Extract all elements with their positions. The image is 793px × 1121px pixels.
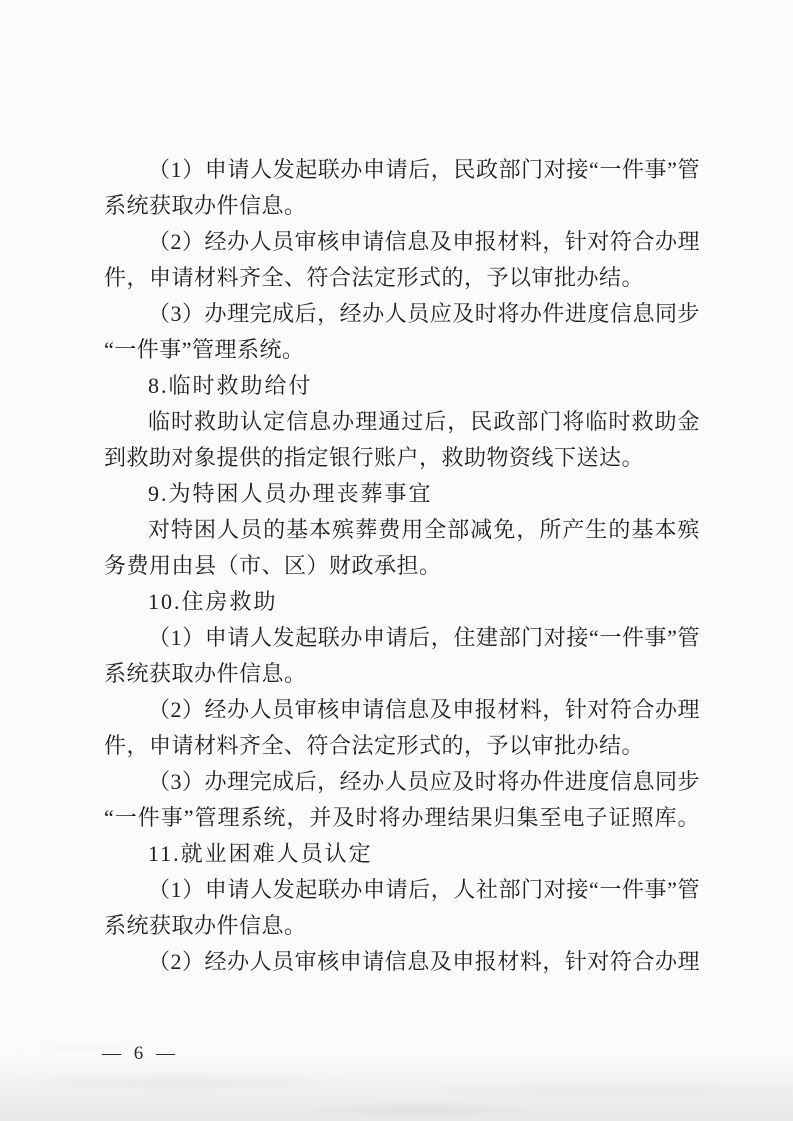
text-line: 系统获取办件信息。 — [104, 188, 700, 224]
body-paragraph: 对特困人员的基本殡葬费用全部减免，所产生的基本殡葬服务费用由县（市、区）财政承担… — [104, 512, 700, 584]
body-paragraph: （3）办理完成后，经办人员应及时将办件进度信息同步至“一件事”管理系统。 — [104, 296, 700, 368]
text-line: 系统获取办件信息。 — [104, 908, 700, 944]
text-line: 到救助对象提供的指定银行账户，救助物资线下送达。 — [104, 440, 700, 476]
text-line: “一件事”管理系统，并及时将办理结果归集至电子证照库。 — [104, 800, 700, 836]
text-line: “一件事”管理系统。 — [104, 332, 700, 368]
text-line: （3）办理完成后，经办人员应及时将办件进度信息同步至 — [104, 296, 700, 332]
text-line: 8.临时救助给付 — [104, 368, 700, 404]
body-paragraph: （2）经办人员审核申请信息及申报材料，针对符合办理条件，申请材料齐全、符合法定形… — [104, 692, 700, 764]
text-line: （1）申请人发起联办申请后，民政部门对接“一件事”管理 — [104, 152, 700, 188]
body-paragraph: （2）经办人员审核申请信息及申报材料，针对符合办理条件，申请材料齐全、符合法定形… — [104, 224, 700, 296]
section-heading: 10.住房救助 — [104, 584, 700, 620]
section-heading: 8.临时救助给付 — [104, 368, 700, 404]
text-line: 件，申请材料齐全、符合法定形式的，予以审批办结。 — [104, 728, 700, 764]
text-line: 9.为特困人员办理丧葬事宜 — [104, 476, 700, 512]
body-paragraph: （1）申请人发起联办申请后，人社部门对接“一件事”管理系统获取办件信息。 — [104, 872, 700, 944]
text-line: 11.就业困难人员认定 — [104, 836, 700, 872]
document-body: （1）申请人发起联办申请后，民政部门对接“一件事”管理系统获取办件信息。（2）经… — [104, 152, 700, 980]
text-line: （1）申请人发起联办申请后，住建部门对接“一件事”管理 — [104, 620, 700, 656]
body-paragraph: （2）经办人员审核申请信息及申报材料，针对符合办理条 — [104, 944, 700, 980]
body-paragraph: 临时救助认定信息办理通过后，民政部门将临时救助金划拨到救助对象提供的指定银行账户… — [104, 404, 700, 476]
text-line: 务费用由县（市、区）财政承担。 — [104, 548, 700, 584]
section-heading: 9.为特困人员办理丧葬事宜 — [104, 476, 700, 512]
text-line: 对特困人员的基本殡葬费用全部减免，所产生的基本殡葬服 — [104, 512, 700, 548]
body-paragraph: （1）申请人发起联办申请后，民政部门对接“一件事”管理系统获取办件信息。 — [104, 152, 700, 224]
text-line: 件，申请材料齐全、符合法定形式的，予以审批办结。 — [104, 260, 700, 296]
body-paragraph: （1）申请人发起联办申请后，住建部门对接“一件事”管理系统获取办件信息。 — [104, 620, 700, 692]
text-line: 10.住房救助 — [104, 584, 700, 620]
text-line: （2）经办人员审核申请信息及申报材料，针对符合办理条 — [104, 224, 700, 260]
text-line: （3）办理完成后，经办人员应及时将办件进度信息同步至 — [104, 764, 700, 800]
body-paragraph: （3）办理完成后，经办人员应及时将办件进度信息同步至“一件事”管理系统，并及时将… — [104, 764, 700, 836]
text-line: 临时救助认定信息办理通过后，民政部门将临时救助金划拨 — [104, 404, 700, 440]
text-line: （2）经办人员审核申请信息及申报材料，针对符合办理条 — [104, 692, 700, 728]
text-line: 系统获取办件信息。 — [104, 656, 700, 692]
text-line: （2）经办人员审核申请信息及申报材料，针对符合办理条 — [104, 944, 700, 980]
page-number: — 6 — — [102, 1041, 179, 1067]
text-line: （1）申请人发起联办申请后，人社部门对接“一件事”管理 — [104, 872, 700, 908]
section-heading: 11.就业困难人员认定 — [104, 836, 700, 872]
